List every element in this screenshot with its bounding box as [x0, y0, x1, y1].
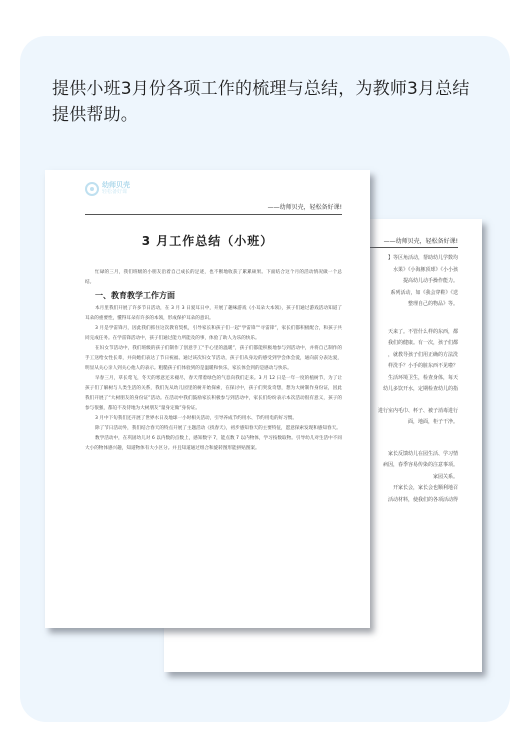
headline: 提供小班3月份各项工作的梳理与总结，为教师3月总结提供帮助。 [52, 76, 482, 128]
paragraph: 3 月是学雷锋月，因此我们抓住这次教育契机，引导家长和孩子们一起“学雷锋”“寻雷… [85, 324, 342, 344]
page-header: 幼师贝壳 轻松备好课 ——幼师贝壳，轻松备好课! [85, 180, 342, 215]
document-title: 3 月工作总结（小班） [45, 232, 370, 249]
back-page-slogan: ——幼师贝壳，轻松备好课! [384, 236, 458, 245]
logo: 幼师贝壳 轻松备好课 [85, 182, 130, 196]
header-slogan: ——幼师贝壳，轻松备好课! [268, 202, 342, 211]
paragraph: 除了节日活动外，我们结合春天的特点开展了主题活动《找春天》，初步感知春天的主要特… [85, 424, 342, 434]
document-page-front: 幼师贝壳 轻松备好课 ——幼师贝壳，轻松备好课! 3 月工作总结（小班） 忙碌的… [45, 170, 370, 628]
paragraph: 数学活动中，在巩固幼儿对 6 以内数的点数上，感知数字 7，能点数 7 以内物体… [85, 434, 342, 454]
shell-logo-icon [85, 182, 99, 196]
section-heading: 一、教育教学工作方面 [95, 290, 342, 302]
paragraph: 在妇女节活动中，我们班级的孩子们制作了创意手工“手心里的温暖”，孩子们都能积极地… [85, 344, 342, 374]
paragraph: 本月里我们开展了许多节日活动，在 3 月 3 日爱耳日中，开展了趣味游戏《小耳朵… [85, 304, 342, 324]
logo-line2: 轻松备好课 [102, 189, 130, 196]
logo-line1: 幼师贝壳 [102, 182, 130, 189]
paragraph: 3 月中下旬我们还开展了世界水日及地球一小时相关活动，引导养成节约用水、节约用电… [85, 414, 342, 424]
document-body: 忙碌的三月，我们班级的小朋友沿着自己成长的足迹，也不断地收获了累累硕果。下面结合… [85, 268, 342, 454]
paragraph: 早春三月，草长莺飞，冬天的寒意还未褪尽，春天带着绿色的气息向我们走来。3 月 1… [85, 374, 342, 414]
intro-paragraph: 忙碌的三月，我们班级的小朋友沿着自己成长的足迹，也不断地收获了累累硕果。下面结合… [85, 268, 342, 288]
